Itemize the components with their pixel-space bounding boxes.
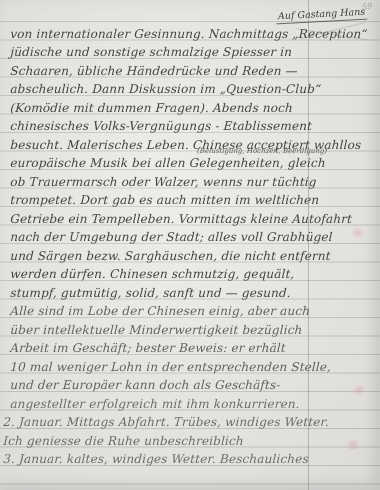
handwriting-line: 10 mal weniger Lohn in der entsprechende… (0, 355, 380, 374)
handwriting-line: von internationaler Gesinnung. Nachmitta… (0, 22, 380, 41)
interlinear-note: (Belustigung, Hochzeit, Beerdigung) (197, 147, 328, 155)
handwriting-line: Ich geniesse die Ruhe unbeschreiblich (0, 429, 380, 448)
handwriting-line: ob Trauermarsch oder Walzer, wenns nur t… (0, 170, 380, 189)
pink-smudge (352, 384, 366, 396)
handwriting-line: abscheulich. Dann Diskussion im „Questio… (0, 77, 380, 96)
handwriting-line: und Särgen bezw. Sarghäuschen, die nicht… (0, 244, 380, 263)
handwriting-line: Schaaren, übliche Händedrücke und Reden … (0, 59, 380, 78)
handwriting-line: 2. Januar. Mittags Abfahrt. Trübes, wind… (0, 410, 380, 429)
handwriting-line: jüdische und sonstige schmalzige Spiesse… (0, 40, 380, 59)
handwriting-line: trompetet. Dort gab es auch mitten im we… (0, 188, 380, 207)
pink-smudge (350, 228, 366, 238)
pink-smudge (344, 440, 362, 450)
handwriting-line: Getriebe ein Tempelleben. Vormittags kle… (0, 207, 380, 226)
handwriting-line: stumpf, gutmütig, solid, sanft und — ges… (0, 281, 380, 300)
handwriting-line: nach der Umgebung der Stadt; alles voll … (0, 225, 380, 244)
handwriting-line: und der Europäer kann doch als Geschäfts… (0, 373, 380, 392)
handwriting-line: chinesisches Volks-Vergnügungs - Etablis… (0, 114, 380, 133)
handwriting-line: Arbeit im Geschäft; bester Beweis: er er… (0, 336, 380, 355)
handwriting-line: 3. Januar. kaltes, windiges Wetter. Besc… (0, 447, 380, 466)
handwriting-line: werden dürfen. Chinesen schmutzig, gequä… (0, 262, 380, 281)
diary-page: 59 Auf Gastang Hans von internationaler … (0, 0, 380, 490)
handwriting-line: angestellter erfolgreich mit ihm konkurr… (0, 392, 380, 411)
handwriting-line: (Komödie mit dummen Fragen). Abends noch (0, 96, 380, 115)
handwriting-line: Alle sind im Lobe der Chinesen einig, ab… (0, 299, 380, 318)
handwritten-text: von internationaler Gesinnung. Nachmitta… (0, 22, 380, 466)
handwriting-line: über intellektuelle Minderwertigkeit bez… (0, 318, 380, 337)
